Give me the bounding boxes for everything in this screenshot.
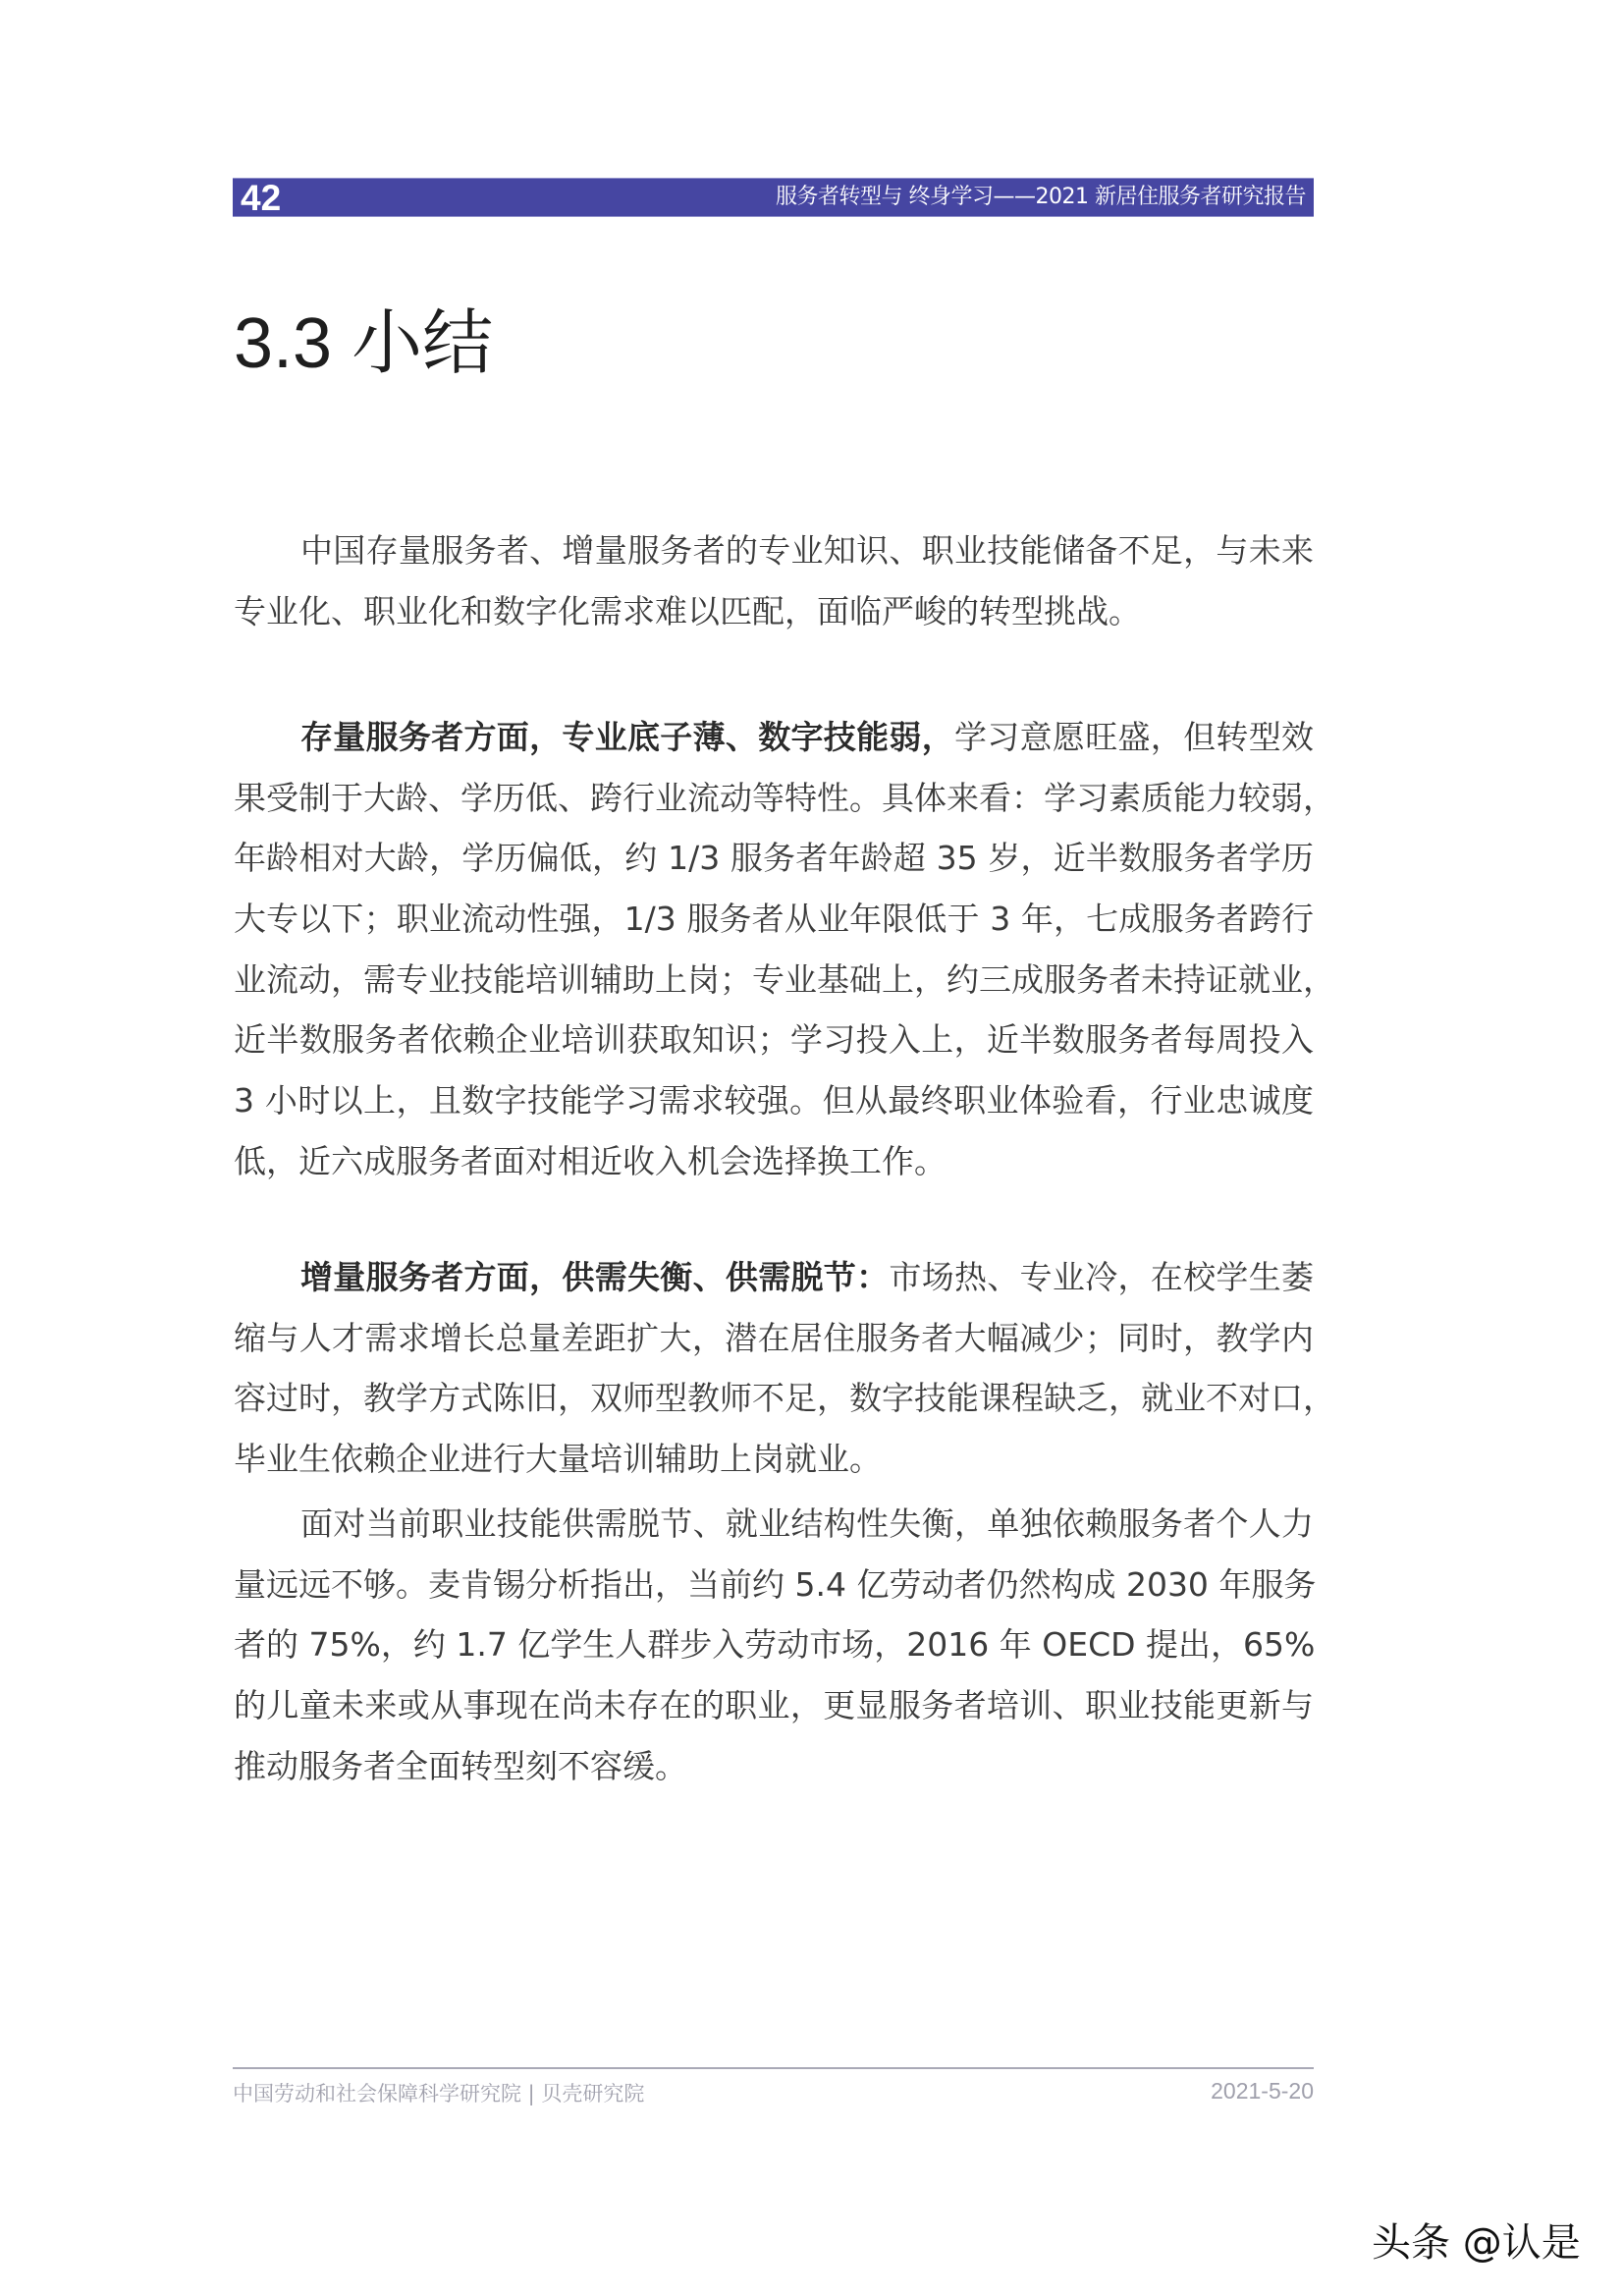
paragraph-line: 低，近六成服务者面对相近收入机会选择换工作。	[234, 1131, 1314, 1192]
paragraph-line: 的儿童未来或从事现在尚未存在的职业，更显服务者培训、职业技能更新与	[234, 1675, 1314, 1736]
paragraph-line: 容过时，教学方式陈旧，双师型教师不足，数字技能课程缺乏，就业不对口，	[234, 1368, 1314, 1429]
footer-publisher: 中国劳动和社会保障科学研究院 | 贝壳研究院	[233, 2078, 644, 2107]
paragraph-line-text: 市场热、专业冷，在校学生萎	[889, 1258, 1314, 1296]
paragraph-bold-lead: 存量服务者方面，专业底子薄、数字技能弱，	[300, 718, 954, 756]
paragraph-line: 缩与人才需求增长总量差距扩大，潜在居住服务者大幅减少；同时，教学内	[234, 1308, 1314, 1369]
paragraph-line: 业流动，需专业技能培训辅助上岗；专业基础上，约三成服务者未持证就业，	[234, 950, 1314, 1011]
paragraph-bold-lead: 增量服务者方面，供需失衡、供需脱节：	[300, 1258, 889, 1296]
paragraph-line: 专业化、职业化和数字化需求难以匹配，面临严峻的转型挑战。	[234, 581, 1314, 642]
paragraph-line: 近半数服务者依赖企业培训获取知识；学习投入上，近半数服务者每周投入	[234, 1010, 1314, 1070]
paragraph-1: 中国存量服务者、增量服务者的专业知识、职业技能储备不足，与未来 专业化、职业化和…	[234, 520, 1314, 641]
footer-date: 2021-5-20	[1211, 2078, 1314, 2105]
section-title: 3.3 小结	[234, 300, 493, 388]
paragraph-2: 存量服务者方面，专业底子薄、数字技能弱，学习意愿旺盛，但转型效 果受制于大龄、学…	[234, 707, 1314, 1192]
paragraph-3: 增量服务者方面，供需失衡、供需脱节：市场热、专业冷，在校学生萎 缩与人才需求增长…	[234, 1247, 1314, 1490]
paragraph-line: 增量服务者方面，供需失衡、供需脱节：市场热、专业冷，在校学生萎	[234, 1247, 1314, 1308]
paragraph-line: 毕业生依赖企业进行大量培训辅助上岗就业。	[234, 1429, 1314, 1490]
paragraph-line: 果受制于大龄、学历低、跨行业流动等特性。具体来看：学习素质能力较弱，	[234, 768, 1314, 829]
paragraph-line: 存量服务者方面，专业底子薄、数字技能弱，学习意愿旺盛，但转型效	[234, 707, 1314, 768]
page-number: 42	[241, 179, 281, 216]
paragraph-line: 面对当前职业技能供需脱节、就业结构性失衡，单独依赖服务者个人力	[234, 1494, 1314, 1555]
paragraph-line: 推动服务者全面转型刻不容缓。	[234, 1736, 1314, 1797]
paragraph-line: 年龄相对大龄，学历偏低，约 1/3 服务者年龄超 35 岁，近半数服务者学历	[234, 828, 1314, 889]
paragraph-line: 大专以下；职业流动性强，1/3 服务者从业年限低于 3 年，七成服务者跨行	[234, 889, 1314, 950]
paragraph-line: 者的 75%，约 1.7 亿学生人群步入劳动市场，2016 年 OECD 提出，…	[234, 1614, 1314, 1675]
watermark: 头条 @认是	[1372, 2212, 1581, 2268]
running-header-bar: 42 服务者转型与 终身学习——2021 新居住服务者研究报告	[233, 178, 1314, 217]
running-title: 服务者转型与 终身学习——2021 新居住服务者研究报告	[776, 179, 1306, 216]
paragraph-line: 中国存量服务者、增量服务者的专业知识、职业技能储备不足，与未来	[234, 520, 1314, 581]
paragraph-4: 面对当前职业技能供需脱节、就业结构性失衡，单独依赖服务者个人力 量远远不够。麦肯…	[234, 1494, 1314, 1796]
footer-divider	[233, 2067, 1314, 2069]
paragraph-line: 3 小时以上，且数字技能学习需求较强。但从最终职业体验看，行业忠诚度	[234, 1070, 1314, 1131]
paragraph-line-text: 学习意愿旺盛，但转型效	[954, 718, 1314, 756]
paragraph-line: 量远远不够。麦肯锡分析指出，当前约 5.4 亿劳动者仍然构成 2030 年服务	[234, 1555, 1314, 1615]
